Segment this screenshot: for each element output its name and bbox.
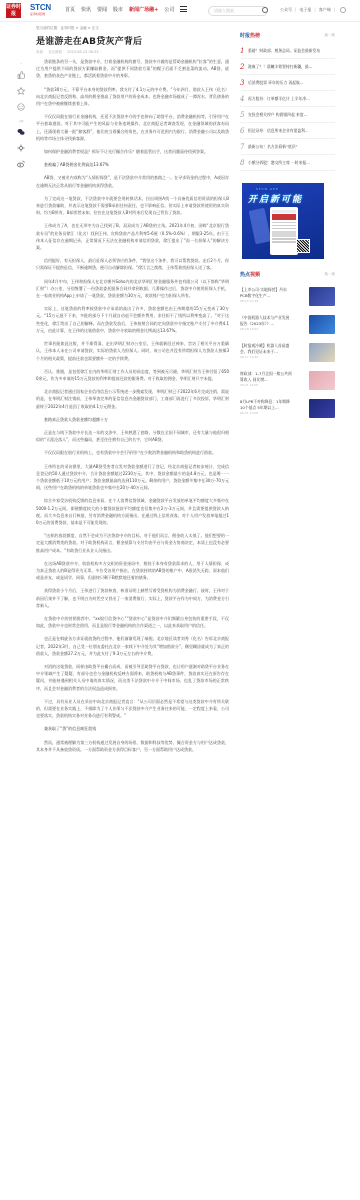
rank-header: 时报热榜 换一换	[240, 30, 335, 40]
article-paragraph: 在这场AB贷款中介、收款机构多方交织的资金迷局中，相较于本身有贷款需求的人，用于…	[36, 560, 229, 582]
search-input[interactable]: 请输入搜索	[208, 6, 268, 16]
article-paragraph: 在贷款中介的营销推荐中，“xx银行信贷中心”“贷款中心”是贷款中介们频繁自身包装…	[36, 615, 229, 629]
rank-text: 后消费股票 环年的压力 再起航...	[248, 80, 303, 86]
article-body: 贷款链条的另一头，是贷款中介。打着金融机构的旗号，贷款中介做的是帮助金融机构“拉…	[36, 58, 229, 759]
video-date: 08-21 10:08	[240, 411, 292, 415]
top-header: 证券时报 STCN 证券时报网 首页 快讯 要闻 股市 新闻广场融+ 公司 请输…	[0, 0, 360, 22]
rank-item[interactable]: 1重磅！财政部、税务总局、证监会最新发布	[240, 43, 335, 59]
video-thumbnail	[309, 399, 335, 418]
brand-text: STCN	[30, 4, 54, 12]
hot-video-item[interactable]: 《中国机器人技术与产业发展报告（2023年）》...08-18 18:22	[240, 315, 335, 335]
rank-num: 5	[240, 111, 248, 119]
rank-text: 再方股份：订单额半亿计 上半年净...	[248, 96, 310, 102]
app-promo-banner[interactable]: STCN APP 开启新可能	[242, 183, 324, 259]
qr-code-icon	[296, 239, 310, 253]
article-paragraph: 为了完成这一笔贷款，不法贷款中介就要会用转换话术，拉出周围A找一个具备优质信用资…	[36, 195, 229, 217]
article-paragraph: 然而，通常被理解为第三方机构通过发展自身的场景、数据和科技等优势，撮合资金方与用…	[36, 739, 229, 753]
article-subheading: 套被骗了AB贷佣金比例高达13.67%	[36, 161, 229, 168]
share-label: 分享	[18, 119, 23, 122]
video-thumbnail	[309, 287, 335, 306]
article-paragraph: 不仅仅局限在银行业机构上，也有贷款中介会引导用户在少数消费金融机构和助贷机构进行…	[36, 449, 229, 456]
banner-top-text: STCN APP	[256, 187, 279, 191]
nav-home[interactable]: 首页	[65, 6, 75, 13]
rank-title: 时报热榜	[240, 32, 260, 39]
rank-item[interactable]: 8小额分拆股！港交所主席 一时来报...	[240, 155, 335, 171]
top-links: 公众号 | 电子报 | 客户端 |	[280, 7, 346, 13]
hot-title-b: 视频	[250, 272, 260, 278]
rank-item[interactable]: 4再方股份：订单额半亿计 上半年净...	[240, 91, 335, 107]
nav-news-square[interactable]: 新闻广场融+	[129, 6, 158, 13]
rank-text: 最新公布！名方法看新“底层”	[248, 144, 298, 150]
article-paragraph: 正是在与线下贷款中介长达一年的交涉中，王伟熟悉了套路，分散在全国不同城市，还有大…	[36, 429, 229, 443]
separator: |	[314, 7, 315, 13]
rank-text: 小额分拆股！港交所主席 一时来报...	[248, 160, 310, 166]
share-count: —	[20, 62, 23, 65]
menu-icon[interactable]	[180, 6, 187, 12]
brand-subtext: 证券时报网	[30, 12, 54, 16]
article-paragraph: 信用挺好，有无担保人，最后征保人必须答应的条件，“我坚这个条件，我可以帮我贷款。…	[36, 257, 229, 271]
share-bar: — 分享	[15, 62, 27, 176]
hot-video-item[interactable]: 8月LPR不对称降息：1年期降10个基点 5年期以上...08-21 10:08	[240, 399, 335, 419]
rank-list: 1重磅！财政部、税务总局、证监会最新发布 2涨疯了？！晨曦丰铭智持打新疆，最..…	[240, 43, 335, 171]
rank-item[interactable]: 2涨疯了？！晨曦丰铭智持打新疆，最...	[240, 59, 335, 75]
rank-text: 涨疯了？！晨曦丰铭智持打新疆，最...	[248, 64, 312, 70]
page-title: 是谁游走在AB贷灰产背后	[36, 34, 142, 47]
phone-illustration	[270, 207, 298, 255]
hot-video-item[interactable]: 【上市公司·实地探营】丹东PCB数字化生产...08-23 07:18	[240, 287, 335, 307]
hot-title-a: 热点	[240, 272, 250, 278]
article-subheading: 套路真正贷款人贷款金额均超额十万	[36, 416, 229, 423]
hot-video-item[interactable]: 财政部：1-7月全国一般公共预算收入 同比增...08-21 16:05	[240, 371, 335, 391]
article-paragraph: 也正是在斡旋各方求证就放贷的过程中，他们渐渐发现了端倪。北京地区读者刘秀（化名）…	[36, 635, 229, 657]
link-app[interactable]: 客户端	[319, 7, 331, 13]
rank-text: 恒达证券：信息所来企业有望盈利...	[248, 128, 309, 134]
rank-text: 宣投会相关停户 构润银四起 来度...	[248, 112, 307, 118]
search-icon[interactable]	[262, 7, 268, 13]
article-paragraph: “这样的放款额度，自然不会成为不法贷款中介的目标，对于他们而言，佣金收入太低了。…	[36, 532, 229, 554]
video-title: 【上市公司·实地探营】丹东PCB数字化生产...	[240, 287, 292, 298]
star-icon[interactable]	[17, 87, 25, 95]
article-paragraph: 综合多家受访机构反馈的信息来看，在个人消费信贷领域，金融贷款平台发放的单笔平均额…	[36, 497, 229, 526]
video-date: 08-18 18:22	[240, 327, 292, 331]
breadcrumb[interactable]: 您当前的位置：证券时报 > 金融 > 正文	[36, 26, 99, 31]
nav-companies[interactable]: 公司	[164, 6, 174, 13]
video-thumbnail	[309, 315, 335, 334]
like-icon[interactable]	[17, 71, 25, 79]
hot-refresh-button[interactable]: 换一换	[325, 272, 336, 277]
main-nav: 首页 快讯 要闻 股市 新闻广场融+ 公司	[65, 6, 187, 13]
rank-num: 7	[240, 143, 248, 151]
video-thumbnail	[309, 343, 335, 362]
hot-video-list: 【上市公司·实地探营】丹东PCB数字化生产...08-23 07:18 《中国机…	[240, 287, 335, 419]
video-date: 08-17 10:20	[240, 355, 292, 359]
article-paragraph: 实际上，这笔贷款的利率按贷款中介承诺的高出了许多，贷款金额也由王伟期望的15万元…	[36, 305, 229, 334]
stcn-logo-mark[interactable]: 证券时报	[6, 3, 21, 18]
banner-title: 开启新可能	[248, 192, 303, 205]
meta-media: 北京商报	[48, 50, 62, 55]
video-date: 08-23 07:18	[240, 299, 292, 303]
rank-refresh-button[interactable]: 换一换	[325, 33, 336, 38]
article-paragraph: 如何保护金融消费者权益？抓好不让光行撮合作乐？随着监管出手，这类问题亟待找到答案…	[36, 148, 229, 155]
user-icon[interactable]	[340, 7, 346, 13]
rank-num: 6	[240, 127, 248, 135]
rank-item[interactable]: 3后消费股票 环年的压力 再起航...	[240, 75, 335, 91]
article-paragraph: 对消的这笔贷款，同样由助贷平台撮合而成，而被引导至助贷平台贷款，也让用户逐渐对助…	[36, 663, 229, 692]
article-paragraph: 世事若能如此这般，并不难得清。走出华明汇财办公室后，王伟就新回过神来，旨访了相关…	[36, 340, 229, 362]
video-title: 【时报观冷暖】机器人首届盛会，我们见证未来于...	[240, 343, 292, 354]
nav-flash[interactable]: 快讯	[81, 6, 91, 13]
link-epaper[interactable]: 电子报	[299, 7, 311, 13]
comment-icon[interactable]	[17, 103, 25, 111]
article-paragraph: 北京商报记者通过国家企业信用信息公示系统进一步搜索发现，华明汇财已于2022年6…	[36, 388, 229, 410]
video-date: 08-21 16:05	[240, 383, 292, 387]
article-subheading: 兼获取了“贷”的信息疯狂敛钱	[36, 725, 229, 732]
rank-num: 2	[240, 63, 248, 71]
rank-num: 3	[240, 79, 248, 87]
article-meta: 来源 北京商报 2023-08-23 06:35	[36, 50, 99, 55]
hot-video-item[interactable]: 【时报观冷暖】机器人首届盛会，我们见证未来于...08-17 10:20	[240, 343, 335, 363]
rank-item[interactable]: 5宣投会相关停户 构润银四起 来度...	[240, 107, 335, 123]
rank-item[interactable]: 7最新公布！名方法看新“底层”	[240, 139, 335, 155]
rank-item[interactable]: 6恒达证券：信息所来企业有望盈利...	[240, 123, 335, 139]
separator: |	[295, 7, 296, 13]
article-paragraph: AB贷，又被业内戏称为“人情担保贷”，是不法贷款中介常用的套路之一。在寻求资金的…	[36, 174, 229, 188]
rank-num: 4	[240, 95, 248, 103]
article-paragraph: 不过，具有从业人员在采访中向北京商报记者直言：“从公司层面必然是不希望与这类贷款…	[36, 698, 229, 720]
rank-title-b: 热榜	[250, 33, 260, 39]
article-paragraph: 同年4月中旬，王伟和担保人在北京朝外Soho内的北京华明汇财金融服务外包有限公司…	[36, 278, 229, 300]
meta-datetime: 2023-08-23 06:35	[67, 50, 99, 55]
hot-video-header: 热点视频 换一换	[240, 269, 335, 279]
video-title: 财政部：1-7月全国一般公共预算收入 同比增...	[240, 371, 292, 382]
article-paragraph: 王伟所在的采访群里，大量AB贷受害者自发对贷款金额进行了登记，经北京商报记者初步…	[36, 463, 229, 492]
article-paragraph: 否认、推脱，是包括徐江在内的华明汇财工作人员的前态度，等到被无可避，华明汇财为王…	[36, 368, 229, 382]
nav-headlines[interactable]: 要闻	[97, 6, 107, 13]
article-paragraph: 不仅仅局限在银行业金融机构，还延不法贷款中介的手也伸向了助贷平台、消费金融机构等…	[36, 113, 229, 142]
rank-num: 8	[240, 159, 248, 167]
phone-illustration-back	[249, 208, 272, 245]
qq-icon[interactable]	[17, 144, 25, 152]
rank-title-a: 时报	[240, 33, 250, 39]
article-paragraph: 王伟成为了A，也在无形中为自己找到了B。双双成为了AB贷的主角。2021年4月初…	[36, 222, 229, 251]
wechat-icon[interactable]	[17, 128, 25, 136]
video-thumbnail	[309, 371, 335, 390]
article-paragraph: “贷款30万元，不算平台本身的贷款利率，我支付了4.1万元的中介费。”今年四月，…	[36, 86, 229, 108]
rank-num: 1	[240, 47, 248, 55]
weibo-icon[interactable]	[17, 160, 25, 168]
article-paragraph: 获得贷款小个月后，王伟进行了贷款核查，核准证明上赫然写着受贷机构为消费金融行。彼…	[36, 587, 229, 609]
nav-stocks[interactable]: 股市	[113, 6, 123, 13]
hot-video-title: 热点视频	[240, 271, 260, 278]
video-title: 8月LPR不对称降息：1年期降10个基点 5年期以上...	[240, 399, 292, 410]
video-title: 《中国机器人技术与产业发展报告（2023年）》...	[240, 315, 292, 326]
stcn-logo[interactable]: STCN 证券时报网	[30, 4, 54, 18]
meta-source-label: 来源	[36, 50, 43, 55]
link-official-account[interactable]: 公众号	[280, 7, 292, 13]
right-sidebar: 时报热榜 换一换 1重磅！财政部、税务总局、证监会最新发布 2涨疯了？！晨曦丰铭…	[240, 30, 335, 419]
rank-text: 重磅！财政部、税务总局、证监会最新发布	[248, 48, 320, 54]
article-paragraph: 贷款链条的另一头，是贷款中介。打着金融机构的旗号，贷款中介做的是帮助金融机构“拉…	[36, 58, 229, 80]
separator: |	[334, 7, 335, 13]
